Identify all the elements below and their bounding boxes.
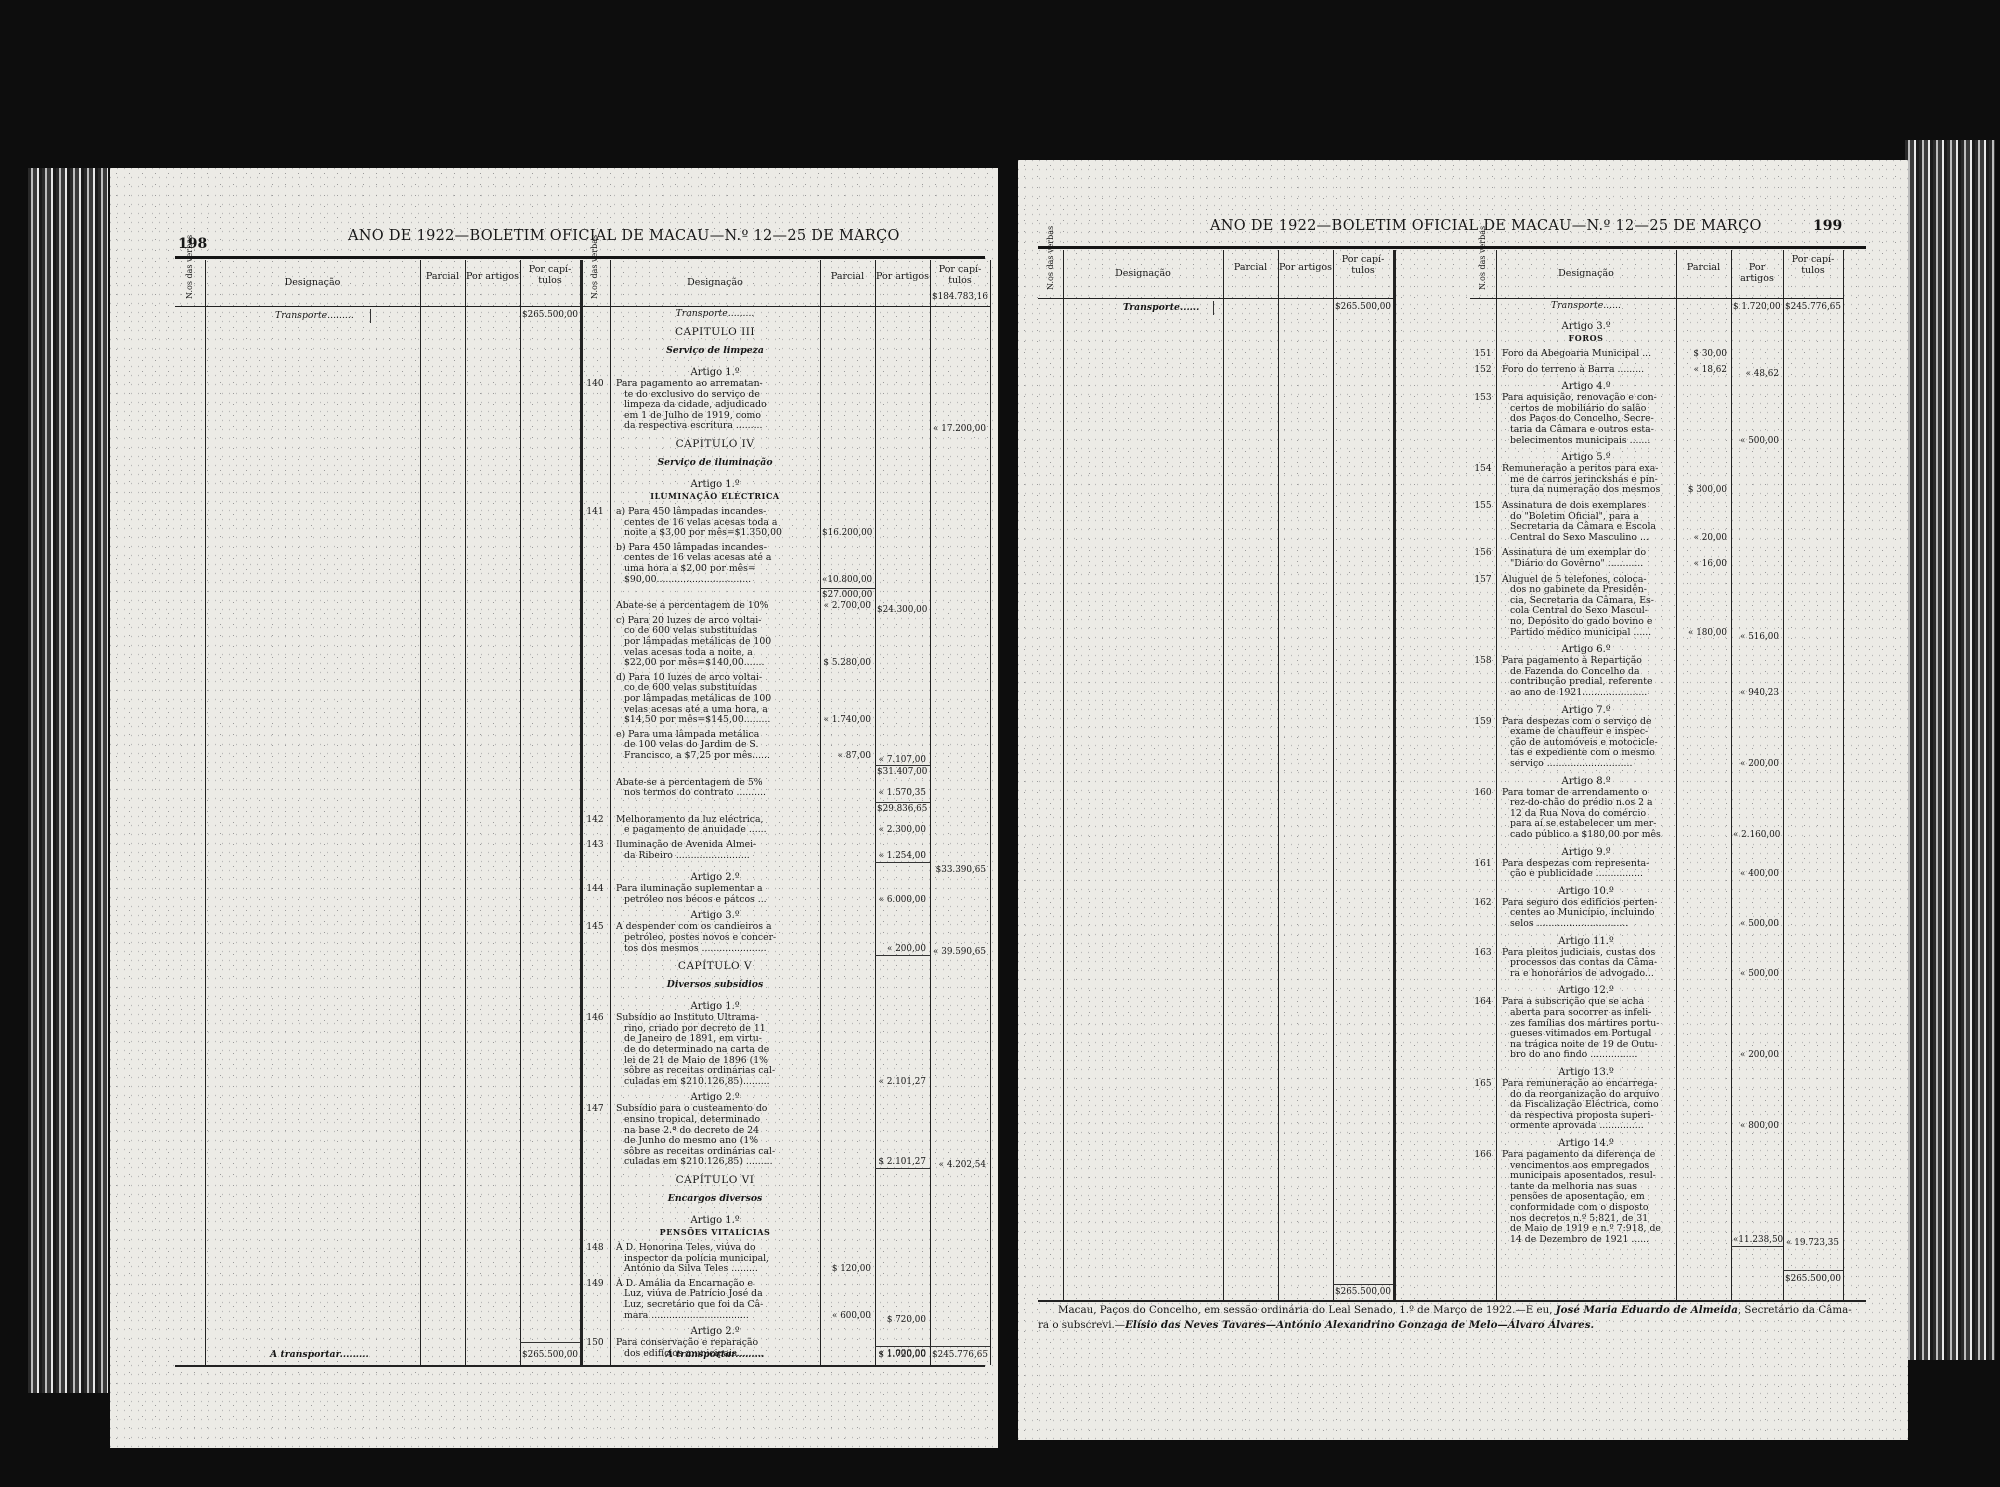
col-header-por-artigos: Por artigos: [1731, 262, 1783, 284]
article-heading: Artigo 12.º: [1496, 986, 1676, 997]
item-description: cado público a $180,00 por mês: [1510, 830, 1661, 841]
chapter-title: CAPÍTULO V: [610, 961, 820, 972]
column-rule: [1063, 250, 1064, 1300]
verba-number: 152: [1469, 365, 1497, 375]
article-heading: Artigo 1.º: [610, 480, 820, 491]
item-description: Para remuneração ao encarrega-: [1502, 1079, 1657, 1090]
amount-por-capitulos: « 39.590,65: [932, 947, 986, 957]
item-description: ção e publicidade ................: [1510, 869, 1643, 880]
book-edge-right: [1905, 140, 1995, 1360]
article-heading: Artigo 2.º: [610, 873, 820, 884]
item-description: serviço .............................: [1510, 759, 1632, 770]
a-transportar-label: A transportar.........: [270, 1350, 369, 1361]
item-description: a) Para 450 lâmpadas incandes-: [616, 507, 766, 518]
col-header-parcial: Parcial: [420, 271, 465, 282]
item-description: Assinatura de dois exemplares: [1502, 501, 1646, 512]
budget-table-199: N.os das verbasDesignaçãoParcialPor arti…: [1038, 250, 1866, 1302]
item-description: Foro do terreno à Barra .........: [1502, 365, 1644, 376]
column-rule: [1393, 250, 1396, 1300]
item-description: Abate-se a percentagem de 10%: [616, 601, 768, 612]
article-heading: Artigo 3.º: [1496, 322, 1676, 333]
article-heading: Artigo 13.º: [1496, 1068, 1676, 1079]
column-rule: [1783, 250, 1784, 1300]
article-heading: Artigo 9.º: [1496, 848, 1676, 859]
col-header-por-capitulos: Por capí- tulos: [524, 264, 576, 286]
page-198: 198 ANO DE 1922—BOLETIM OFICIAL DE MACAU…: [110, 168, 998, 1448]
col-header-designacao: Designação: [610, 277, 820, 288]
amount-por-artigos: $ 720,00: [877, 1315, 926, 1325]
item-description: Foro da Abegoaria Municipal ...: [1502, 349, 1651, 360]
amount-por-artigos: « 500,00: [1733, 436, 1779, 446]
item-description: petróleo, postes novos e concer-: [624, 933, 776, 944]
section-heading: PENSÕES VITALÍCIAS: [610, 1227, 820, 1238]
item-description: Francisco, a $7,25 por mês......: [624, 751, 770, 762]
transporte-artigos: $ 1.720,00: [1733, 302, 1779, 312]
verba-number: 142: [581, 815, 609, 825]
amount-parcial: « 2.700,00: [822, 601, 871, 611]
item-description: selos ...............................: [1510, 919, 1628, 930]
item-description: taria da Câmara e outros esta-: [1510, 425, 1654, 436]
item-description: uma hora a $2,00 por mês=: [624, 564, 756, 575]
column-rule: [205, 260, 206, 1365]
column-rule: [930, 260, 931, 1365]
amount-por-artigos: « 940,23: [1733, 688, 1779, 698]
article-heading: Artigo 1.º: [610, 368, 820, 379]
item-description: tos dos mesmos ......................: [624, 944, 767, 955]
verba-number: 146: [581, 1013, 609, 1023]
amount-por-artigos: « 200,00: [1733, 759, 1779, 769]
sum-rule: [875, 1168, 930, 1169]
col-header-parcial: Parcial: [820, 271, 875, 282]
amount-parcial: $ 120,00: [822, 1264, 871, 1274]
header-rule: [1038, 298, 1393, 299]
chapter-subtitle: Encargos diversos: [610, 1194, 820, 1205]
column-rule: [820, 260, 821, 1365]
item-description: por lâmpadas metálicas de 100: [624, 694, 771, 705]
column-rule: [1731, 250, 1732, 1300]
col-header-por-artigos: Por artigos: [1278, 262, 1333, 273]
cell-rule: [370, 309, 371, 323]
amount-por-artigos: $ 2.101,27: [877, 1157, 926, 1167]
col-header-por-capitulos: Por capí- tulos: [1337, 254, 1389, 276]
verba-number: 165: [1469, 1079, 1497, 1089]
sum-rule: [875, 955, 930, 956]
item-description: da Ribeiro .........................: [624, 851, 750, 862]
amount-parcial: « 18,62: [1678, 365, 1727, 375]
column-rule: [1333, 250, 1334, 1300]
item-description: ensino tropical, determinado: [624, 1115, 760, 1126]
amount-por-artigos: $24.300,00: [877, 605, 926, 615]
column-rule: [520, 260, 521, 1365]
transporte-label: Transporte.........: [610, 309, 820, 320]
amount-por-artigos: « 6.000,00: [877, 895, 926, 905]
verba-number: 163: [1469, 948, 1497, 958]
amount-parcial: « 87,00: [822, 751, 871, 761]
item-description: $90,00................................: [624, 575, 751, 586]
amount-parcial: $ 300,00: [1678, 485, 1727, 495]
verba-number: 145: [581, 922, 609, 932]
column-rule: [1676, 250, 1677, 1300]
col-header-verbas: N.os das verbas: [1479, 250, 1487, 290]
verba-number: 153: [1469, 393, 1497, 403]
sum-rule: [875, 765, 930, 766]
transporte-capitulos: $245.776,65: [1785, 302, 1839, 312]
chapter-subtitle: Serviço de limpeza: [610, 346, 820, 357]
verba-number: 150: [581, 1338, 609, 1348]
column-rule: [465, 260, 466, 1365]
article-heading: Artigo 1.º: [610, 1216, 820, 1227]
cell-rule: [1213, 301, 1214, 315]
amount-por-artigos: « 800,00: [1733, 1121, 1779, 1131]
item-description: de do determinado na carta de: [624, 1045, 769, 1056]
item-description: Luz, secretário que foi da Câ-: [624, 1300, 763, 1311]
amount-por-artigos: « 2.160,00: [1733, 830, 1779, 840]
chapter-title: CAPÍTULO VI: [610, 1175, 820, 1186]
item-description: Central do Sexo Masculino ...: [1510, 533, 1649, 544]
amount-por-artigos: « 2.300,00: [877, 825, 926, 835]
a-transportar-label: A transportar.........: [610, 1350, 820, 1361]
article-heading: Artigo 8.º: [1496, 777, 1676, 788]
item-description: nos termos do contrato ..........: [624, 788, 766, 799]
item-description: mara .................................: [624, 1311, 749, 1322]
column-rule: [875, 260, 876, 1365]
verba-number: 157: [1469, 575, 1497, 585]
signatory-names: Elísio das Neves Tavares—António Alexand…: [1125, 1319, 1594, 1331]
verba-number: 164: [1469, 997, 1497, 1007]
sum-rule: [875, 802, 930, 803]
article-heading: Artigo 7.º: [1496, 706, 1676, 717]
transporte-label: Transporte......: [1123, 303, 1199, 314]
amount-por-artigos: « 7.107,00: [877, 755, 926, 765]
col-header-por-capitulos: Por capí- tulos: [1787, 254, 1839, 276]
item-description: noite a $3,00 por mês=$1.350,00: [624, 528, 782, 539]
amount-por-artigos: « 500,00: [1733, 969, 1779, 979]
verba-number: 143: [581, 840, 609, 850]
verba-number: 144: [581, 884, 609, 894]
header-rule: [1038, 246, 1866, 249]
amount-parcial: $ 30,00: [1678, 349, 1727, 359]
verba-number: 159: [1469, 717, 1497, 727]
column-rule: [1223, 250, 1224, 1300]
sum-rule: [875, 1346, 990, 1347]
item-description: conformidade com o disposto: [1510, 1203, 1648, 1214]
closing-signatures: ra o subscrevi.—Elísio das Neves Tavares…: [1038, 1318, 1594, 1332]
col-header-verbas: N.os das verbas: [1047, 250, 1055, 290]
item-description: Partido médico municipal ......: [1510, 628, 1651, 639]
transporte-label: Transporte......: [1496, 301, 1676, 312]
header-rule: [175, 256, 985, 259]
closing-text-end: , Secretário da Câma-: [1738, 1304, 1852, 1316]
item-description: $22,00 por mês=$140,00.......: [624, 658, 764, 669]
col-header-designacao: Designação: [205, 277, 420, 288]
sum-rule: [1333, 1284, 1393, 1285]
closing-statement: Macau, Paços do Concelho, em sessão ordi…: [1058, 1303, 1852, 1317]
a-transportar-value: $265.500,00: [522, 1350, 576, 1360]
amount-parcial: « 600,00: [822, 1311, 871, 1321]
article-heading: Artigo 2.º: [610, 1093, 820, 1104]
header-rule: [1470, 298, 1843, 299]
verba-number: 166: [1469, 1150, 1497, 1160]
amount-por-artigos: « 2.101,27: [877, 1077, 926, 1087]
verba-number: 156: [1469, 548, 1497, 558]
verba-number: 147: [581, 1104, 609, 1114]
transporte-value: $184.783,16: [932, 292, 986, 302]
total-capitulos: $265.500,00: [1785, 1274, 1839, 1284]
amount-por-artigos: « 400,00: [1733, 869, 1779, 879]
verba-number: 148: [581, 1243, 609, 1253]
closing-text: Macau, Paços do Concelho, em sessão ordi…: [1058, 1304, 1556, 1316]
item-description: petróleo nos bécos e pátcos ...: [624, 895, 767, 906]
item-description: À D. Honorina Teles, viúva do: [616, 1243, 756, 1254]
item-description: e pagamento de anuidade ......: [624, 825, 767, 836]
col-header-designacao: Designação: [1063, 268, 1223, 279]
total-value: $265.500,00: [1335, 1287, 1389, 1297]
item-description: António da Silva Teles .........: [624, 1264, 758, 1275]
col-header-designacao: Designação: [1496, 268, 1676, 279]
page-199: 199 ANO DE 1922—BOLETIM OFICIAL DE MACAU…: [1018, 160, 1908, 1440]
item-description: ormente aprovada ...............: [1510, 1121, 1644, 1132]
amount-por-artigos: « 500,00: [1733, 919, 1779, 929]
page-number: 199: [1813, 218, 1842, 234]
item-description: $14,50 por mês=$145,00.........: [624, 715, 770, 726]
item-description: ra e honorários de advogado...: [1510, 969, 1654, 980]
article-heading: Artigo 5.º: [1496, 453, 1676, 464]
amount-parcial: $16.200,00: [822, 528, 871, 538]
article-heading: Artigo 1.º: [610, 1002, 820, 1013]
item-description: ao ano de 1921......................: [1510, 688, 1647, 699]
amount-por-artigos: «11.238,50: [1733, 1235, 1779, 1245]
running-head: ANO DE 1922—BOLETIM OFICIAL DE MACAU—N.º…: [348, 228, 900, 244]
article-heading: Artigo 11.º: [1496, 937, 1676, 948]
column-rule: [990, 260, 991, 1365]
header-rule: [175, 306, 580, 307]
subtotal-parcial: $27.000,00: [822, 590, 871, 600]
item-description: aberta para socorrer as infeli-: [1510, 1008, 1651, 1019]
col-header-por-artigos: Por artigos: [465, 271, 520, 282]
sum-rule: [820, 588, 875, 589]
amount-por-artigos: « 48,62: [1733, 369, 1779, 379]
a-transportar-capitulos: $245.776,65: [932, 1350, 986, 1360]
secretary-name: José Maria Eduardo de Almeida: [1556, 1304, 1738, 1316]
col-header-por-capitulos: Por capí- tulos: [934, 264, 986, 286]
verba-number: 140: [581, 379, 609, 389]
column-rule: [1843, 250, 1844, 1300]
item-description: Para pagamento da diferença de: [1502, 1150, 1655, 1161]
sum-rule: [875, 862, 930, 863]
article-heading: Artigo 2.º: [610, 1327, 820, 1338]
item-description: culadas em $210.126,85).........: [624, 1077, 770, 1088]
chapter-title: CAPITULO IV: [610, 439, 820, 450]
amount-por-artigos: « 516,00: [1733, 632, 1779, 642]
amount-por-artigos: « 1.254,00: [877, 851, 926, 861]
amount-por-artigos: « 1.570,35: [877, 788, 926, 798]
amount-parcial: $ 5.280,00: [822, 658, 871, 668]
item-description: "Diário do Govêrno" ............: [1510, 559, 1643, 570]
col-header-verbas: N.os das verbas: [186, 259, 194, 299]
verba-number: 151: [1469, 349, 1497, 359]
column-rule: [580, 260, 583, 1365]
chapter-subtitle: Diversos subsídios: [610, 980, 820, 991]
col-header-por-artigos: Por artigos: [875, 271, 930, 282]
item-description: 14 de Dezembro de 1921 ......: [1510, 1235, 1649, 1246]
article-heading: Artigo 4.º: [1496, 382, 1676, 393]
col-header-parcial: Parcial: [1676, 262, 1731, 273]
item-description: culadas em $210.126,85) .........: [624, 1157, 773, 1168]
chapter-title: CAPITULO III: [610, 327, 820, 338]
column-rule: [1278, 250, 1279, 1300]
chapter-subtitle: Serviço de iluminação: [610, 458, 820, 469]
transporte-value: $265.500,00: [522, 310, 576, 320]
item-description: Para pagamento ao arrematan-: [616, 379, 763, 390]
verba-number: 161: [1469, 859, 1497, 869]
amount-por-capitulos: « 19.723,35: [1785, 1238, 1839, 1248]
amount-parcial: « 1.740,00: [822, 715, 871, 725]
item-description: Iluminação de Avenida Almei-: [616, 840, 756, 851]
col-header-verbas: N.os das verbas: [591, 259, 599, 299]
verba-number: 154: [1469, 464, 1497, 474]
amount-parcial: « 16,00: [1678, 559, 1727, 569]
amount-por-artigos: « 200,00: [877, 944, 926, 954]
transporte-value: $265.500,00: [1335, 302, 1389, 312]
section-heading: FOROS: [1496, 333, 1676, 344]
section-heading: ILUMINAÇÃO ELÉCTRICA: [610, 491, 820, 502]
item-description: tura da numeração dos mesmos: [1510, 485, 1660, 496]
sum-rule: [1731, 1246, 1783, 1247]
verba-number: 155: [1469, 501, 1497, 511]
header-rule: [580, 306, 990, 307]
verba-number: 158: [1469, 656, 1497, 666]
verba-number: 162: [1469, 898, 1497, 908]
amount-parcial: « 20,00: [1678, 533, 1727, 543]
verba-number: 160: [1469, 788, 1497, 798]
book-edge-left: [28, 168, 108, 1393]
budget-table-198: N.os das verbasDesignaçãoParcialPor arti…: [175, 260, 985, 1367]
verba-number: 141: [581, 507, 609, 517]
item-description: por lâmpadas metálicas de 100: [624, 637, 771, 648]
article-heading: Artigo 14.º: [1496, 1139, 1676, 1150]
article-heading: Artigo 10.º: [1496, 887, 1676, 898]
subtotal-por-capitulos: $33.390,65: [932, 865, 986, 875]
amount-por-capitulos: « 17.200,00: [932, 424, 986, 434]
item-description: bro do ano findo ................: [1510, 1050, 1638, 1061]
sum-rule: [520, 1342, 580, 1343]
closing-subscribed: ra o subscrevi.—: [1038, 1319, 1125, 1331]
amount-parcial: « 180,00: [1678, 628, 1727, 638]
col-header-parcial: Parcial: [1223, 262, 1278, 273]
item-description: belecimentos municipais .......: [1510, 436, 1650, 447]
article-heading: Artigo 3.º: [610, 911, 820, 922]
amount-parcial: «10.800,00: [822, 575, 871, 585]
sum-rule: [1783, 1270, 1843, 1271]
a-transportar-artigos: $ 1.720,00: [877, 1350, 926, 1360]
amount-por-capitulos: « 4.202,54: [932, 1160, 986, 1170]
item-description: da respectiva escritura .........: [624, 421, 762, 432]
amount-por-artigos: « 200,00: [1733, 1050, 1779, 1060]
article-heading: Artigo 6.º: [1496, 645, 1676, 656]
verba-number: 149: [581, 1279, 609, 1289]
transporte-label: Transporte.........: [275, 311, 354, 322]
subtotal-por-artigos: $29.836,65: [877, 804, 926, 814]
item-description: no, Depósito do gado bovino e: [1510, 617, 1652, 628]
column-rule: [420, 260, 421, 1365]
subtotal-por-artigos: $31.407,00: [877, 767, 926, 777]
